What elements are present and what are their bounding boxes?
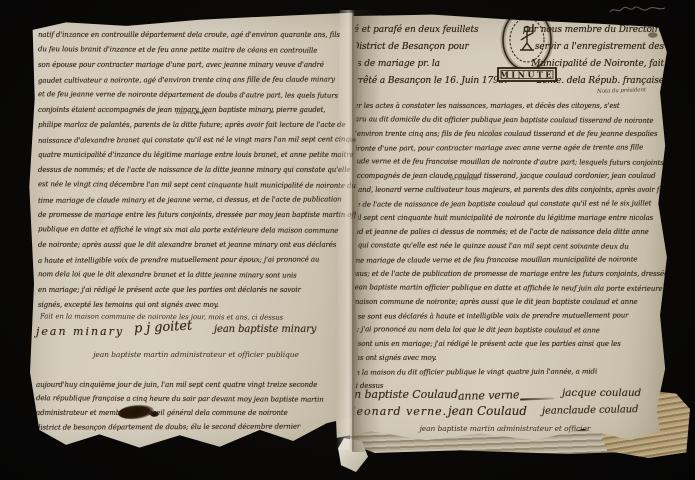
manuscript-line: rédiger les actes à constater les naissa… (336, 99, 668, 113)
manuscript-line: gaudet cultivateur a noironte, agé d'env… (38, 72, 356, 88)
manuscript-line: district de besançon département de doub… (36, 419, 356, 434)
right-page: Coté et parafé en deux feuillets par nou… (330, 12, 672, 458)
manuscript-line: et de feu jeanne verne de noironte dépar… (38, 87, 356, 104)
signature: leonard verne. (352, 405, 447, 418)
signature: jean Coulaud (448, 404, 527, 418)
manuscript-line: quatre municipalité d'inzance du légitim… (38, 148, 356, 163)
second-act: aujourd'huy cinquième jour de juin, l'an… (36, 378, 356, 434)
signature: jeanclaude coulaud (542, 404, 639, 417)
manuscript-line: administrateur et membre du conseil géné… (36, 406, 356, 420)
paper-stain (86, 210, 108, 226)
nota-annotation: Nota du président (597, 87, 646, 95)
seated-figure-icon (520, 24, 534, 50)
paper-stain (246, 70, 270, 88)
manuscript-line: verne sont unis en mariage; j'ai rédigé … (336, 337, 668, 351)
signature: jean minary (36, 325, 124, 338)
manuscript-line: natif d'inzance en controuille départeme… (38, 28, 356, 43)
manuscript-line: Fait en la maison du dit officier publiq… (336, 364, 668, 379)
archival-photo: Coté et parafé en deux feuillets par nou… (0, 0, 695, 480)
signature: anne verne (458, 388, 520, 403)
manuscript-line: signés, excepté les temoins qui ont sign… (38, 298, 356, 313)
header-line-left: Coté et parafé en deux feuillets (338, 22, 478, 39)
ink-spot (648, 32, 658, 38)
manuscript-line: time mariage de claude minary et de jean… (38, 192, 356, 208)
manuscript-line: philipe marloz de palantés, parents de l… (38, 118, 356, 133)
signature: jean baptiste Coulaud (338, 388, 458, 401)
manuscript-line: a haute et intelligible voix de prendre … (38, 252, 356, 268)
right-page-body: rédiger les actes à constater les naissa… (336, 99, 668, 393)
signature-flourish (520, 397, 554, 400)
manuscript-line: naissance d'alexandre branet qui constat… (38, 132, 356, 148)
interline-insertion: tous majeurs (176, 110, 208, 116)
manuscript-line: nom dela loi que le dit alexandre branet… (38, 267, 356, 284)
officer-signature-line: jean baptiste martin administrateur et o… (81, 350, 311, 359)
manuscript-line: publique en datte et affiché le vingt si… (38, 222, 356, 239)
manuscript-line: légitime mariage de claude verne et de f… (336, 252, 668, 267)
ink-blot (150, 411, 159, 417)
manuscript-line: sont accompagnés de jean claude coulaud … (336, 169, 668, 183)
revenue-stamp: MINUTE (476, 6, 578, 90)
signature: jean baptiste minary (214, 324, 316, 335)
manuscript-line: témoins ont signés avec moy. (336, 351, 668, 365)
stamp-banner-text: MINUTE (500, 70, 554, 80)
manuscript-line: aujourd'huy cinquième jour de juin, l'an… (36, 378, 356, 392)
stamp-banner: MINUTE (498, 68, 556, 81)
manuscript-line: dela maison commune de noironte; après a… (336, 295, 668, 309)
corner-scribble (608, 2, 668, 18)
manuscript-line: dela république française a cinq heure d… (36, 391, 356, 407)
manuscript-line: en mariage; j'ai rédigé le présent acte … (38, 283, 356, 298)
manuscript-line: dessus de nommés; et de l'acte de naissa… (38, 163, 356, 178)
signature: p j goitet (134, 318, 193, 336)
paper-stain (570, 252, 590, 268)
manuscript-line: moy jean baptiste martin officier publiq… (336, 280, 668, 296)
left-page: natif d'inzance en controuille départeme… (26, 10, 360, 452)
manuscript-line: son épouse pour contracter mariage d'une… (38, 58, 356, 73)
manuscript-line: du feu louis branit d'inzance et de feu … (38, 42, 356, 59)
signature: jacque coulaud (562, 387, 641, 399)
manuscript-line: lecture de l'acte de naissance de jean b… (336, 196, 668, 211)
interline-insertion: de noironte (450, 176, 478, 182)
manuscript-line: marchand, leonard verne cultivateur tous… (336, 183, 668, 197)
paper-stain (480, 122, 506, 142)
manuscript-line: coulaud et jeanne de palies ci dessus de… (336, 225, 668, 239)
manuscript-line: époux; j'ai prononcé au nom dela loi que… (336, 322, 668, 338)
left-page-body: natif d'inzance en controuille départeme… (38, 28, 356, 313)
manuscript-line: de noironte; après aussi que le dit alex… (38, 238, 356, 253)
manuscript-line: ci dessus; et de l'acte de publication d… (336, 267, 668, 281)
header-line-left: du District de Besançon pour (338, 39, 469, 56)
manuscript-line: l'an mil sept cent cinquante huit munici… (336, 211, 668, 225)
manuscript-line: est née le vingt cinq décembre l'an mil … (38, 177, 356, 194)
manuscript-line: de claude verne et de feu francoise moui… (336, 154, 668, 170)
